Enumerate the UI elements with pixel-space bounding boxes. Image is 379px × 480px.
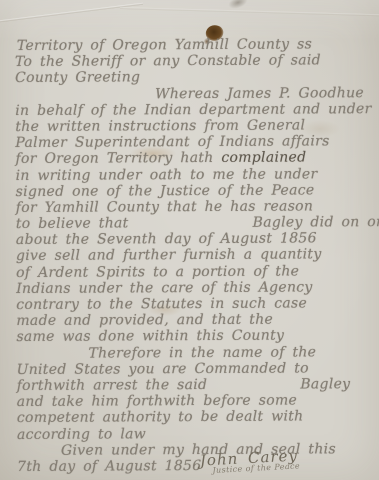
- manuscript-line: forthwith arrest the said Bagley: [17, 376, 379, 394]
- fold-crease: [0, 3, 143, 23]
- manuscript-line: competent authority to be dealt with: [17, 408, 379, 426]
- manuscript-line: Whereas James P. Goodhue: [155, 85, 378, 102]
- manuscript-line: give sell and further furnish a quantity: [16, 246, 379, 264]
- manuscript-line: United States you are Commanded to: [17, 360, 379, 378]
- manuscript-lines: Territory of Oregon Yamhill County ssTo …: [15, 36, 379, 475]
- manuscript-line: same was done within this County: [16, 327, 379, 345]
- manuscript-line: 7th day of August 1856: [17, 457, 379, 475]
- manuscript-line: Territory of Oregon Yamhill County ss: [17, 36, 378, 54]
- manuscript-line: signed one of the Justice of the Peace: [16, 182, 379, 200]
- manuscript-line: for Yamhill County that he has reason: [16, 198, 379, 216]
- manuscript-paper: Territory of Oregon Yamhill County ssTo …: [0, 0, 379, 480]
- manuscript-line: of Ardent Spirits to a portion of the: [16, 263, 379, 281]
- manuscript-line: Palmer Superintendant of Indians affairs: [15, 133, 378, 151]
- manuscript-line: and take him forthwith before some: [17, 392, 379, 410]
- manuscript-line-segment: complained: [221, 150, 306, 166]
- manuscript-line: in behalf of the Indian department and u…: [15, 101, 378, 119]
- manuscript-line: To the Sheriff or any Constable of said: [15, 52, 378, 70]
- manuscript-line: about the Seventh day of August 1856: [16, 230, 379, 248]
- manuscript-line: for Oregon Territory hath complained: [15, 149, 378, 167]
- fold-crease: [120, 7, 379, 16]
- manuscript-line: in writing under oath to me the under: [16, 166, 379, 184]
- manuscript-line: County Greeting: [15, 68, 378, 86]
- manuscript-line: to believe that Bagley did on or: [16, 214, 379, 232]
- manuscript-line: Therefore in the name of the: [88, 344, 379, 362]
- manuscript-line-segment: for Oregon Territory hath: [15, 150, 221, 167]
- manuscript-line: made and provided, and that the: [16, 311, 379, 329]
- manuscript-line: according to law: [17, 425, 379, 443]
- manuscript-line: contrary to the Statutes in such case: [16, 295, 379, 313]
- manuscript-line: Indians under the care of this Agency: [16, 279, 379, 297]
